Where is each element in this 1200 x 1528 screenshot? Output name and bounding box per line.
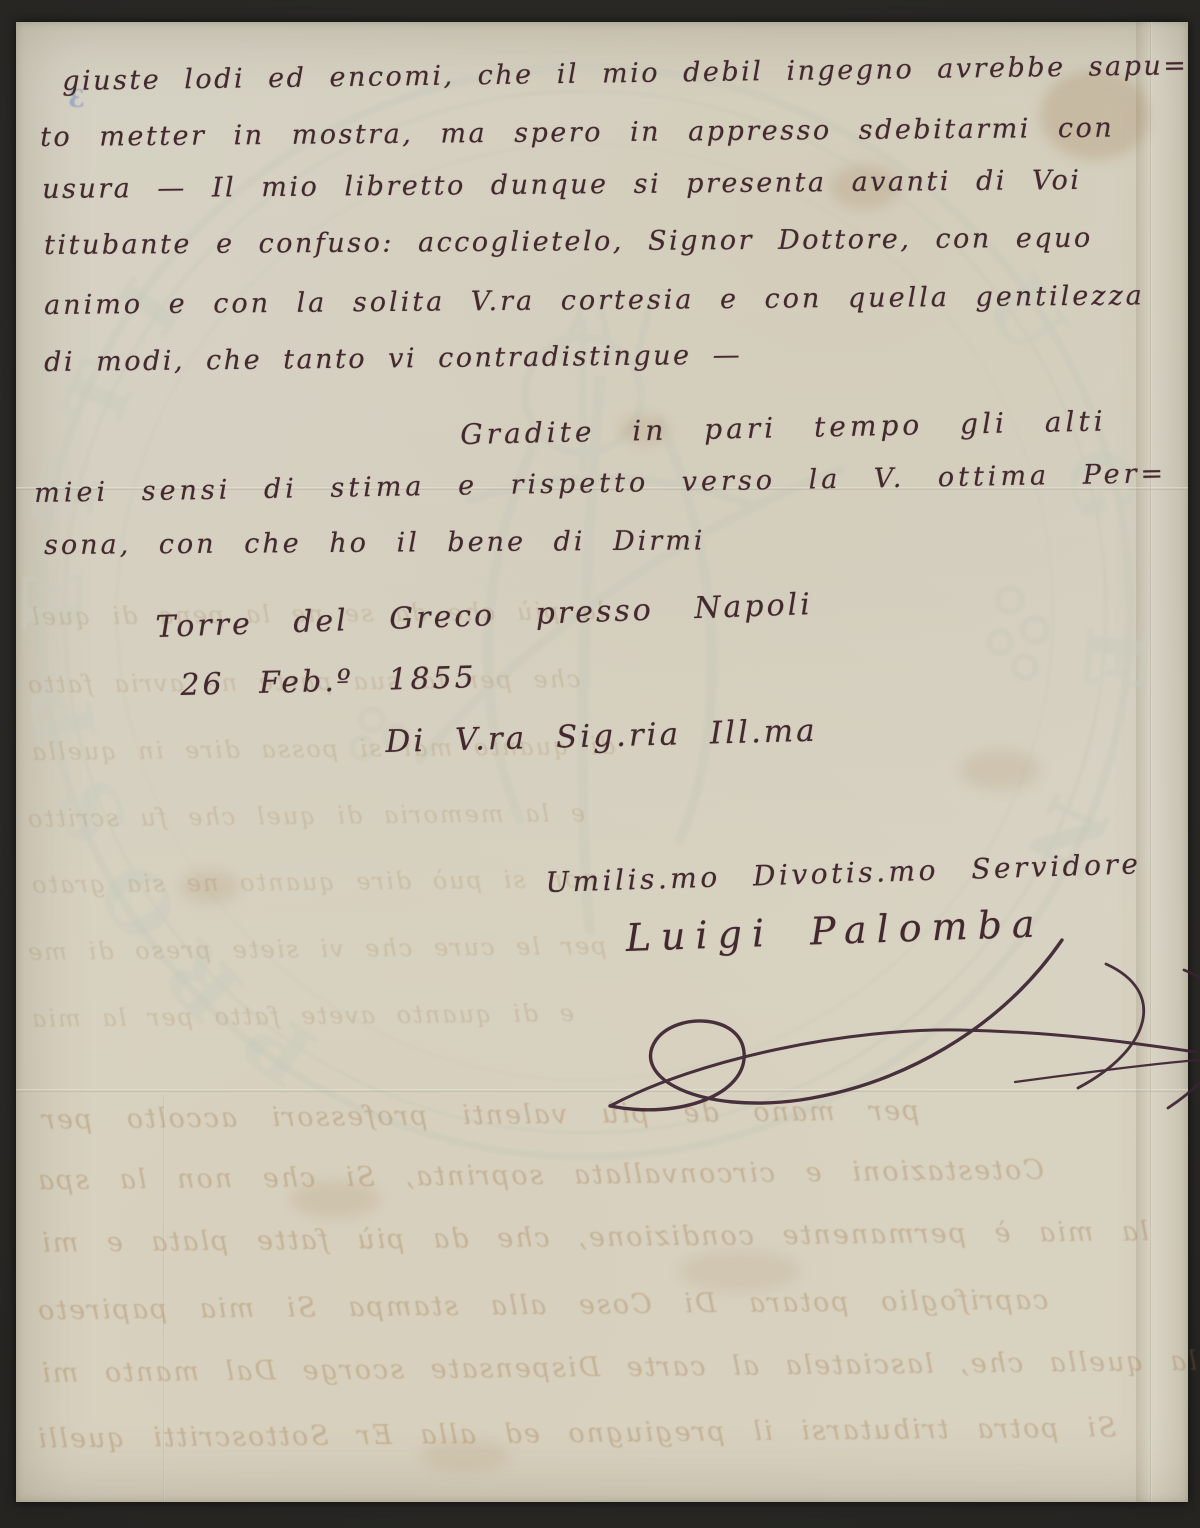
scanned-letter-page: PROSPETTIUGEN 3 la più che da se ne la p…: [0, 0, 1200, 1528]
signature-flourish: [0, 0, 1200, 1528]
